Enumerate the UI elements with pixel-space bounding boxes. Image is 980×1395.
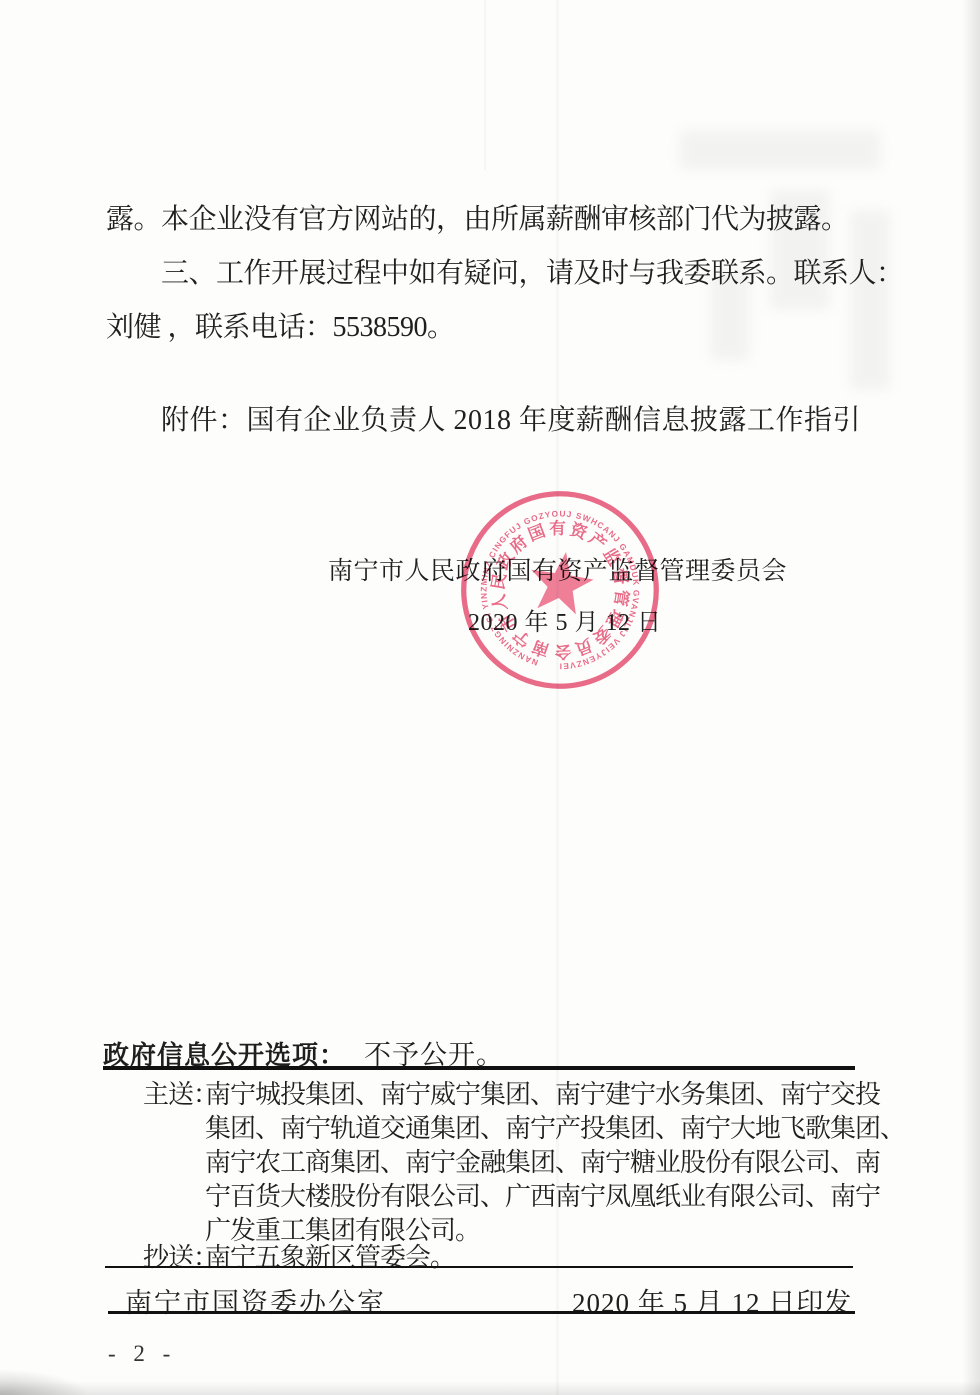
page-number: - 2 - bbox=[108, 1341, 176, 1367]
body-line-2: 三、工作开展过程中如有疑问，请及时与我委联系。联系人： bbox=[161, 251, 904, 291]
body-line-1: 露。本企业没有官方网站的，由所属薪酬审核部门代为披露。 bbox=[106, 197, 849, 237]
distribution-line: 主送：南宁城投集团、南宁威宁集团、南宁建宁水务集团、南宁交投 bbox=[143, 1078, 905, 1112]
main-recipients-label: 主送： bbox=[143, 1078, 205, 1112]
scan-corner-shadow bbox=[0, 1369, 90, 1395]
distribution-block: 主送：南宁城投集团、南宁威宁集团、南宁建宁水务集团、南宁交投 集团、南宁轨道交通… bbox=[143, 1078, 905, 1248]
divider-thick-top bbox=[103, 1066, 855, 1070]
scan-streak bbox=[484, 0, 486, 170]
attachment-line: 附件：国有企业负责人 2018 年度薪酬信息披露工作指引 bbox=[161, 398, 861, 438]
seal-star-icon bbox=[525, 547, 597, 616]
issuing-office: 南宁市国资委办公室 bbox=[125, 1281, 386, 1320]
cc-row: 抄送：南宁五象新区管委会。 bbox=[143, 1241, 455, 1275]
official-seal: NANZNINGZ SI YINZMINZ CINGFUJ GOZYOUJ SW… bbox=[440, 470, 680, 710]
distribution-line: 集团、南宁轨道交通集团、南宁产投集团、南宁大地飞歌集团、 bbox=[143, 1112, 905, 1146]
body-line-3: 刘健 ，联系电话：5538590。 bbox=[106, 305, 455, 345]
divider-thick-bottom bbox=[108, 1311, 855, 1314]
distribution-line: 南宁农工商集团、南宁金融集团、南宁糖业股份有限公司、南 bbox=[143, 1146, 905, 1180]
main-recipients-text: 南宁城投集团、南宁威宁集团、南宁建宁水务集团、南宁交投 bbox=[205, 1080, 880, 1109]
scanned-document-page: 露。本企业没有官方网站的，由所属薪酬审核部门代为披露。 三、工作开展过程中如有疑… bbox=[0, 0, 980, 1395]
distribution-line: 宁百货大楼股份有限公司、广西南宁凤凰纸业有限公司、南宁 bbox=[143, 1180, 905, 1214]
divider-thin bbox=[105, 1266, 853, 1268]
scan-edge-bottom bbox=[0, 1381, 980, 1395]
print-date: 2020 年 5 月 12 日印发 bbox=[572, 1281, 852, 1320]
cc-label: 抄送： bbox=[143, 1241, 205, 1275]
scan-edge-right bbox=[962, 0, 980, 1395]
